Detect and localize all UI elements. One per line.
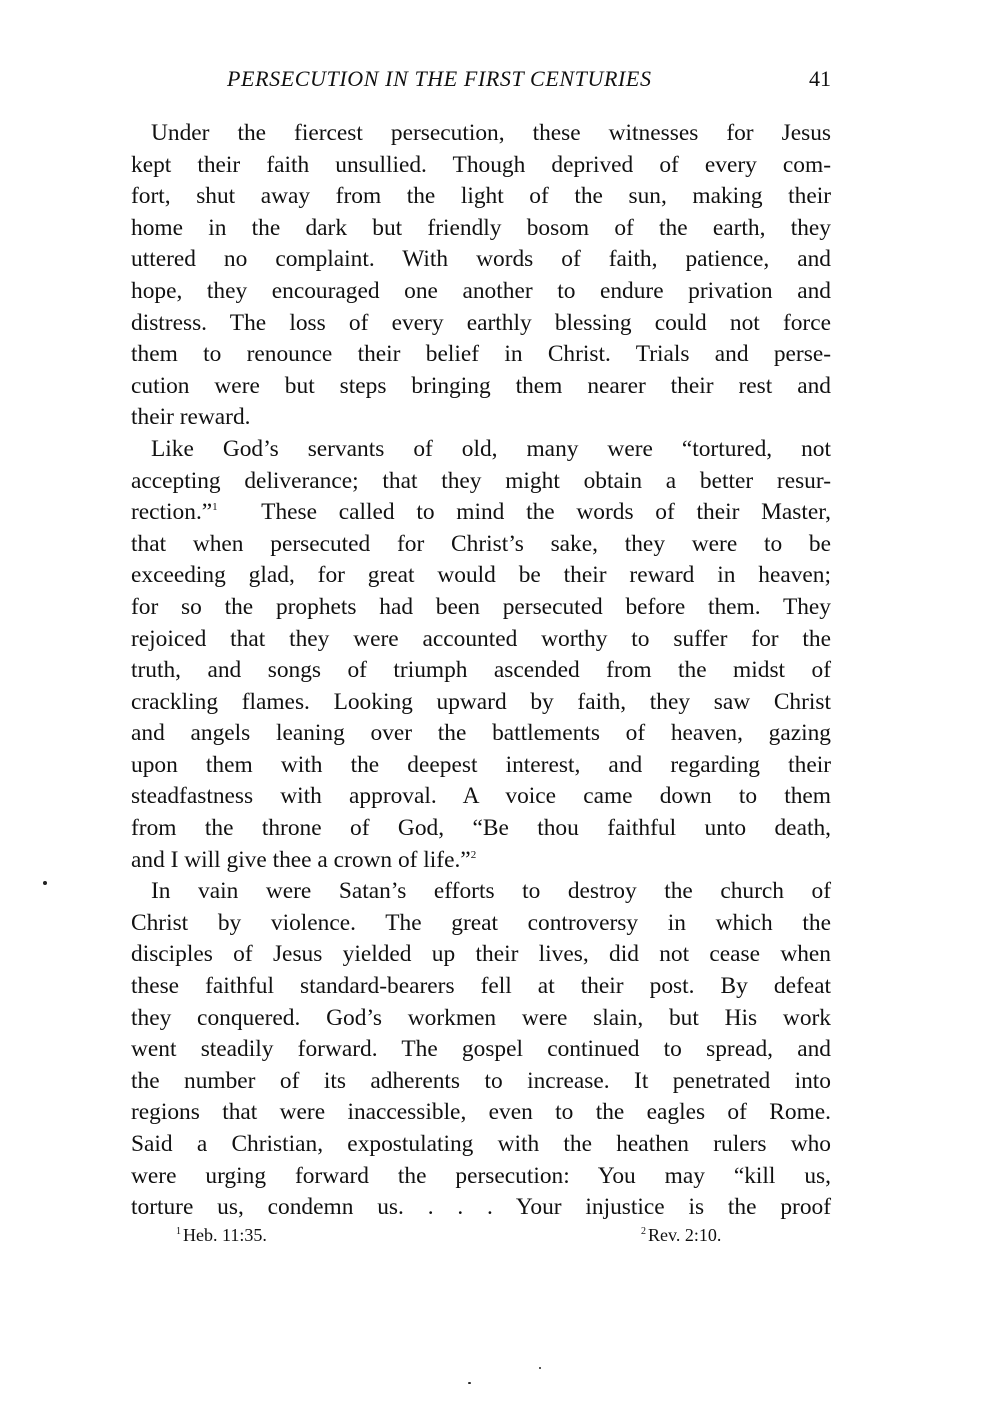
text-line-with-footnote: and I will give thee a crown of life.”2 (131, 845, 831, 877)
text-fragment: These called to mind the words of their … (261, 499, 831, 525)
text-line: exceeding glad, for great would be their… (131, 560, 831, 592)
text-line: from the throne of God, “Be thou faithfu… (131, 813, 831, 845)
text-line: truth, and songs of triumph ascended fro… (131, 655, 831, 687)
scan-speck (43, 881, 47, 885)
text-line: kept their faith unsullied. Though depri… (131, 150, 831, 182)
text-line: In vain were Satan’s efforts to destroy … (131, 876, 831, 908)
text-line: upon them with the deepest interest, and… (131, 750, 831, 782)
text-line: distress. The loss of every earthly bles… (131, 308, 831, 340)
text-line: Like God’s servants of old, many were “t… (131, 434, 831, 466)
text-line: were urging forward the persecution: You… (131, 1161, 831, 1193)
footnote-mark: 2 (641, 1226, 646, 1237)
footnote-mark: 1 (176, 1226, 181, 1237)
footnotes: 1Heb. 11:35. 2Rev. 2:10. (131, 1225, 831, 1249)
text-line: crackling flames. Looking upward by fait… (131, 687, 831, 719)
text-line: that when persecuted for Christ’s sake, … (131, 529, 831, 561)
page-number: 41 (809, 66, 831, 92)
text-line: Christ by violence. The great controvers… (131, 908, 831, 940)
text-line: Under the fiercest persecution, these wi… (131, 118, 831, 150)
footnote-ref-2[interactable]: 2 (471, 849, 477, 861)
scan-speck (468, 1382, 471, 1384)
text-line: went steadily forward. The gospel contin… (131, 1034, 831, 1066)
text-line: hope, they encouraged one another to end… (131, 276, 831, 308)
text-line: fort, shut away from the light of the su… (131, 181, 831, 213)
text-line-with-footnote: rection.”1 These called to mind the word… (131, 497, 831, 529)
text-line: Said a Christian, expostulating with the… (131, 1129, 831, 1161)
text-line: uttered no complaint. With words of fait… (131, 244, 831, 276)
text-fragment: rection.” (131, 499, 212, 525)
footnote-2: 2Rev. 2:10. (641, 1225, 721, 1246)
text-line: rejoiced that they were accounted worthy… (131, 624, 831, 656)
text-line: cution were but steps bringing them near… (131, 371, 831, 403)
paragraph-3: In vain were Satan’s efforts to destroy … (131, 876, 831, 1224)
paragraph-1: Under the fiercest persecution, these wi… (131, 118, 831, 434)
text-line: they conquered. God’s workmen were slain… (131, 1003, 831, 1035)
footnote-text: Heb. 11:35. (183, 1225, 267, 1245)
text-line: regions that were inaccessible, even to … (131, 1097, 831, 1129)
text-line: and angels leaning over the battlements … (131, 718, 831, 750)
text-line: the number of its adherents to increase.… (131, 1066, 831, 1098)
text-line: accepting deliverance; that they might o… (131, 466, 831, 498)
text-fragment: and I will give thee a crown of life.” (131, 847, 471, 873)
body-text: Under the fiercest persecution, these wi… (131, 118, 831, 1224)
text-line: their reward. (131, 402, 831, 434)
text-line: disciples of Jesus yielded up their live… (131, 939, 831, 971)
text-line: torture us, condemn us. . . . Your injus… (131, 1192, 831, 1224)
text-line: these faithful standard-bearers fell at … (131, 971, 831, 1003)
footnote-text: Rev. 2:10. (648, 1225, 721, 1245)
footnote-1: 1Heb. 11:35. (176, 1225, 267, 1246)
scan-speck (539, 1367, 541, 1369)
running-title: PERSECUTION IN THE FIRST CENTURIES (227, 66, 652, 92)
running-head: PERSECUTION IN THE FIRST CENTURIES 41 (131, 66, 831, 96)
text-line: home in the dark but friendly bosom of t… (131, 213, 831, 245)
text-line: for so the prophets had been persecuted … (131, 592, 831, 624)
footnote-ref-1[interactable]: 1 (212, 501, 218, 513)
text-line: them to renounce their belief in Christ.… (131, 339, 831, 371)
paragraph-2: Like God’s servants of old, many were “t… (131, 434, 831, 876)
text-line: steadfastness with approval. A voice cam… (131, 781, 831, 813)
